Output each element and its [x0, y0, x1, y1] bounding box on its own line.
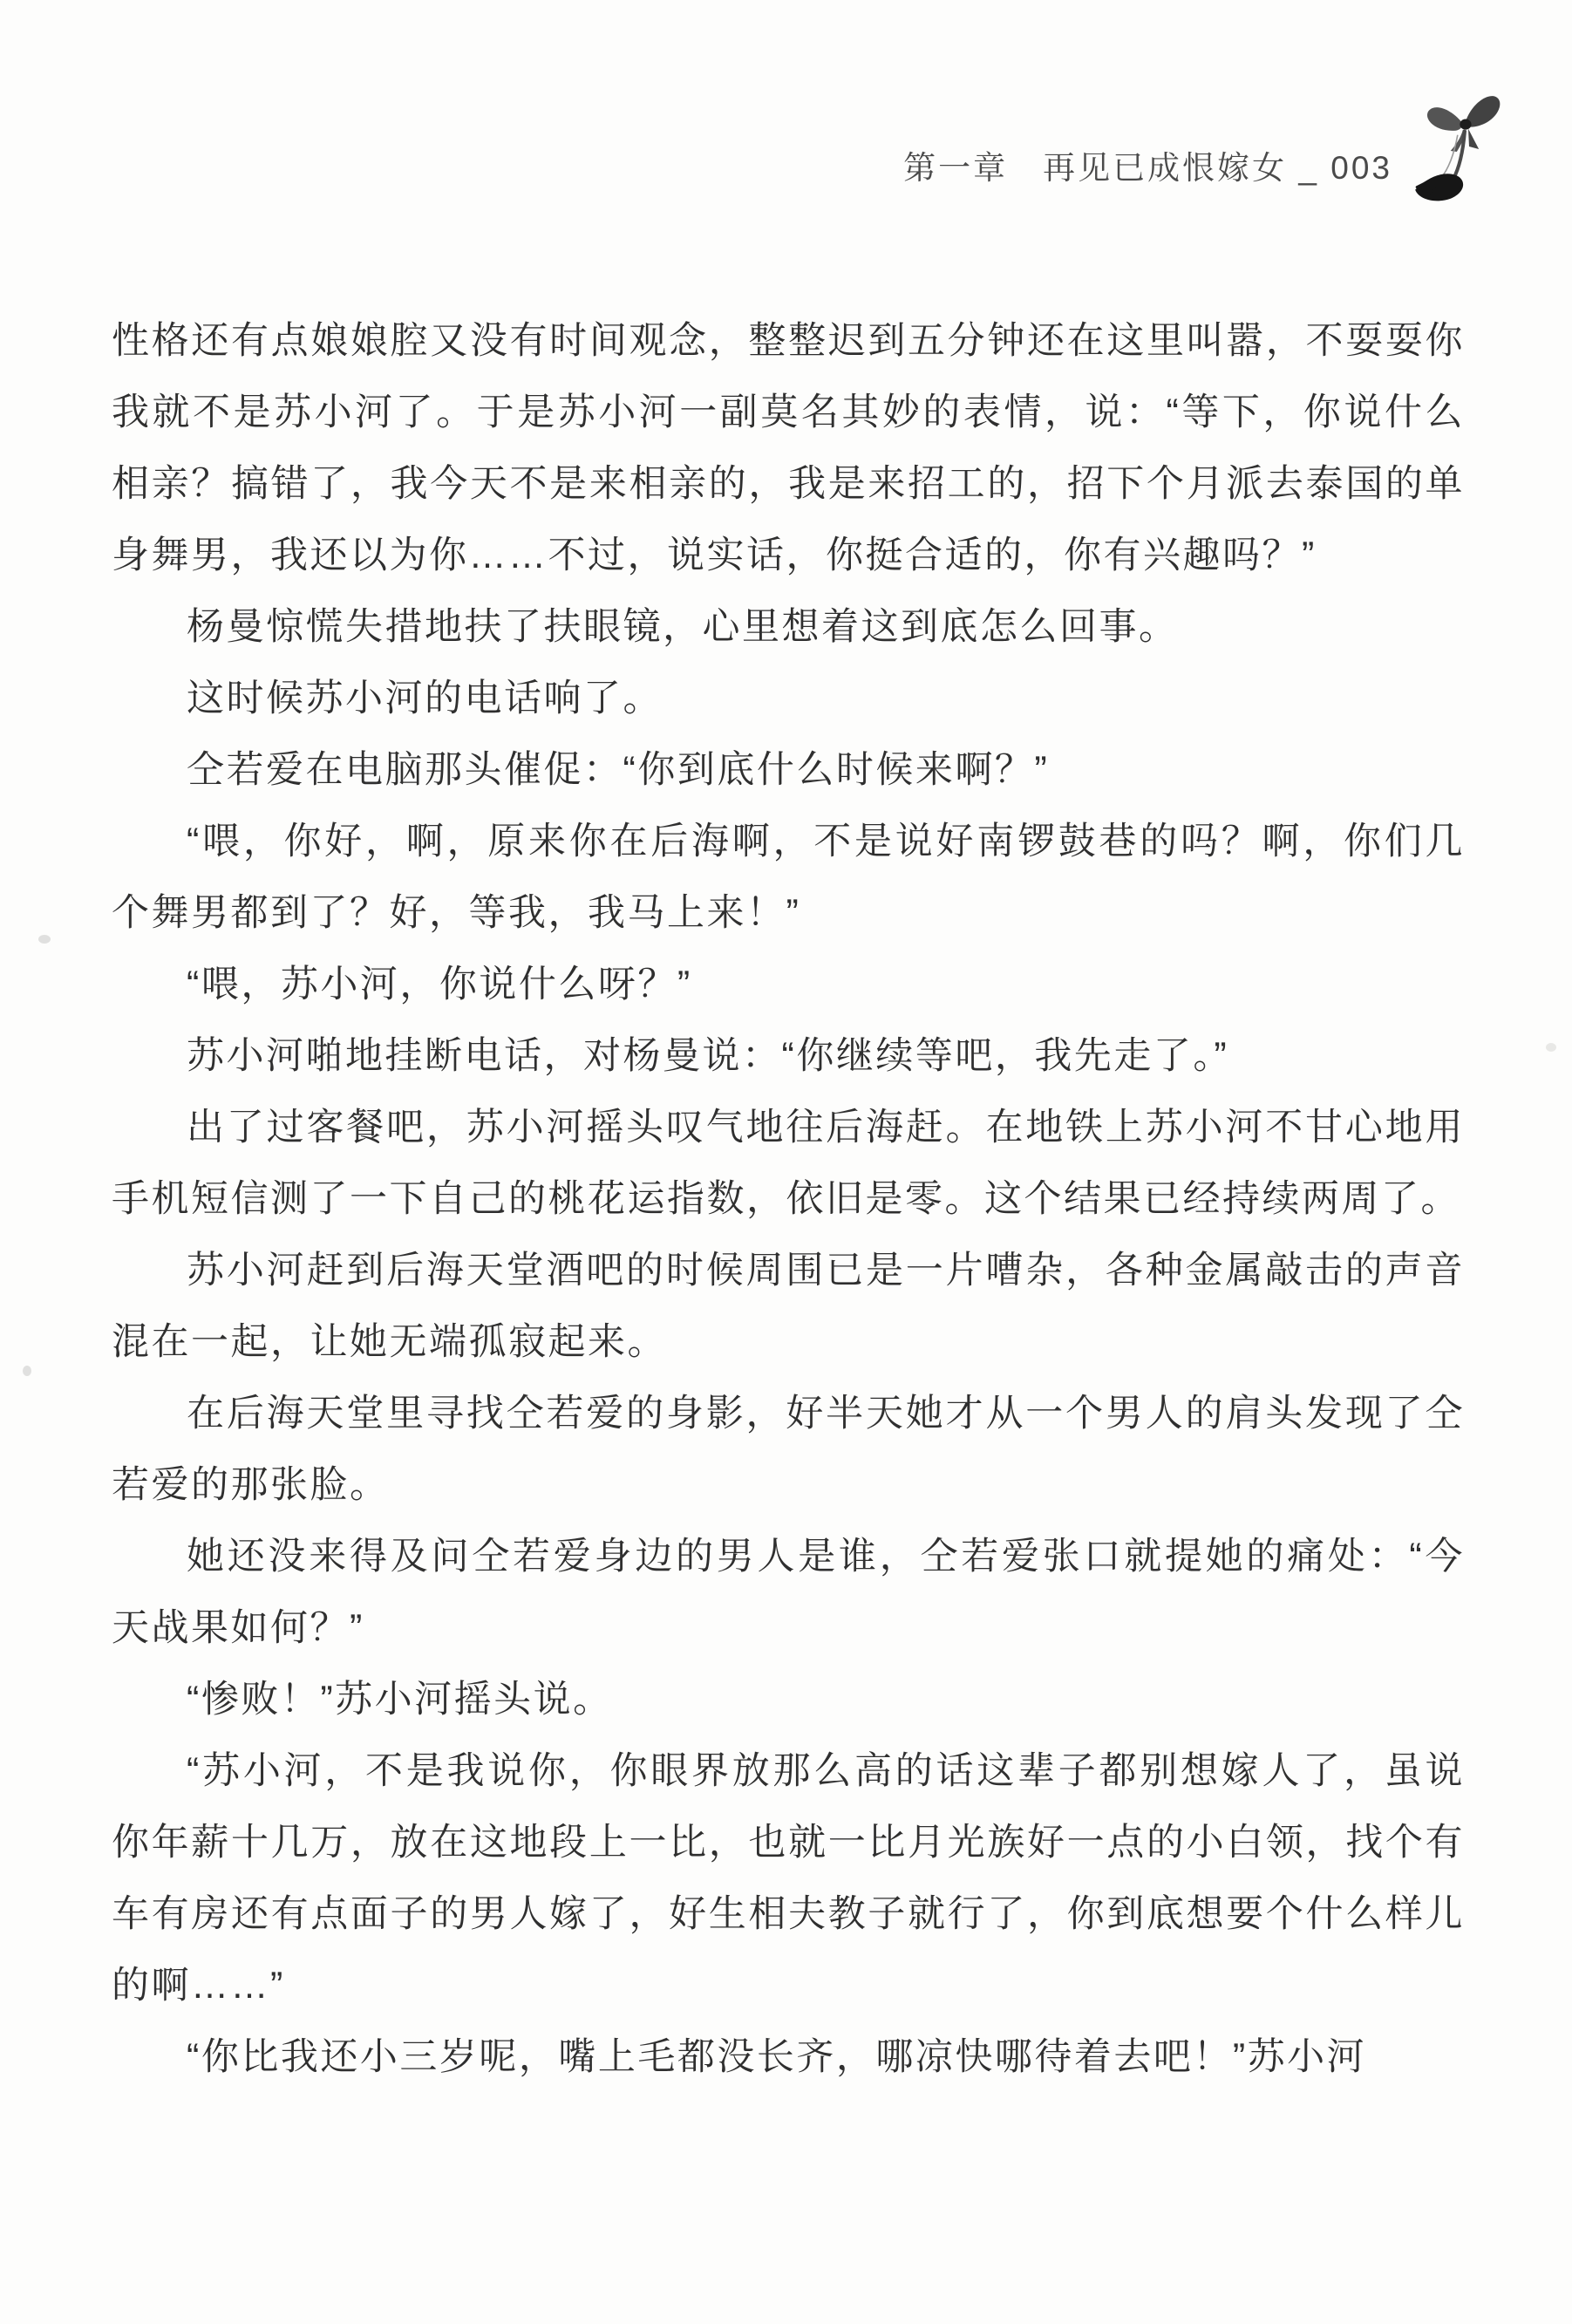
body-paragraph: “喂，你好，啊，原来你在后海啊，不是说好南锣鼓巷的吗？啊，你们几个舞男都到了？好…: [112, 806, 1465, 949]
chapter-header-text: 第一章 再见已成恨嫁女 _ 003: [903, 141, 1392, 188]
body-paragraph: 在后海天堂里寻找仝若爱的身影，好半天她才从一个男人的肩头发现了仝若爱的那张脸。: [112, 1378, 1465, 1521]
body-paragraph: “惨败！”苏小河摇头说。: [112, 1664, 1465, 1735]
high-heel-shoe-icon: [1412, 84, 1527, 216]
scan-speck: [23, 1366, 31, 1376]
body-paragraph: 出了过客餐吧，苏小河摇头叹气地往后海赶。在地铁上苏小河不甘心地用手机短信测了一下…: [112, 1092, 1465, 1235]
body-paragraph: 苏小河啪地挂断电话，对杨曼说：“你继续等吧，我先走了。”: [112, 1020, 1465, 1092]
book-page: 第一章 再见已成恨嫁女 _ 003 性格还有点娘娘腔又没有时间观念，整整迟到五分…: [0, 0, 1572, 2324]
body-paragraph: 这时候苏小河的电话响了。: [112, 663, 1465, 734]
body-paragraph: 杨曼惊慌失措地扶了扶眼镜，心里想着这到底怎么回事。: [112, 591, 1465, 663]
body-paragraph: “喂，苏小河，你说什么呀？”: [112, 949, 1465, 1020]
body-paragraph: 性格还有点娘娘腔又没有时间观念，整整迟到五分钟还在这里叫嚣，不耍耍你我就不是苏小…: [112, 305, 1465, 591]
page-text: 性格还有点娘娘腔又没有时间观念，整整迟到五分钟还在这里叫嚣，不耍耍你我就不是苏小…: [112, 305, 1465, 2093]
body-paragraph: 仝若爱在电脑那头催促：“你到底什么时候来啊？”: [112, 734, 1465, 806]
body-paragraph: “苏小河，不是我说你，你眼界放那么高的话这辈子都别想嫁人了，虽说你年薪十几万，放…: [112, 1735, 1465, 2021]
scan-speck: [1546, 1043, 1556, 1052]
body-paragraph: 她还没来得及问仝若爱身边的男人是谁，仝若爱张口就提她的痛处：“今天战果如何？”: [112, 1521, 1465, 1664]
page-header: 第一章 再见已成恨嫁女 _ 003: [903, 84, 1527, 216]
body-paragraph: “你比我还小三岁呢，嘴上毛都没长齐，哪凉快哪待着去吧！”苏小河: [112, 2021, 1465, 2093]
scan-speck: [38, 935, 51, 944]
body-paragraph: 苏小河赶到后海天堂酒吧的时候周围已是一片嘈杂，各种金属敲击的声音混在一起，让她无…: [112, 1235, 1465, 1378]
